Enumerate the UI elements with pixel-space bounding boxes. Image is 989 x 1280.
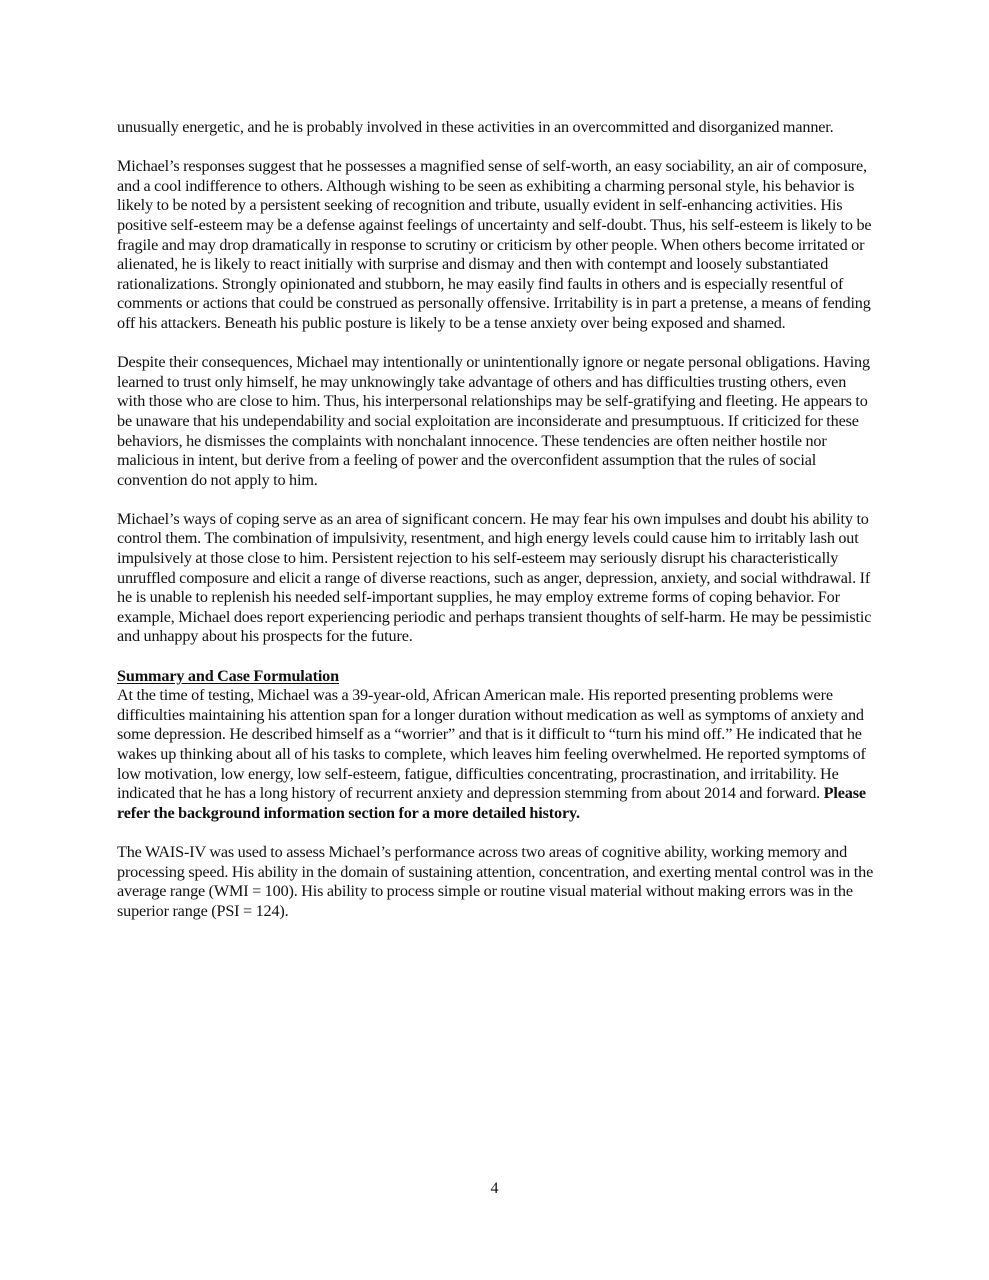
document-page: unusually energetic, and he is probably … — [117, 118, 877, 921]
page-number: 4 — [0, 1180, 989, 1198]
paragraph-coping: Michael’s ways of coping serve as an are… — [117, 510, 877, 647]
section-heading-summary: Summary and Case Formulation — [117, 667, 877, 687]
paragraph-energetic: unusually energetic, and he is probably … — [117, 118, 877, 138]
paragraph-self-worth: Michael’s responses suggest that he poss… — [117, 157, 877, 333]
paragraph-wais: The WAIS-IV was used to assess Michael’s… — [117, 843, 877, 921]
summary-section: Summary and Case Formulation At the time… — [117, 667, 877, 824]
summary-text: At the time of testing, Michael was a 39… — [117, 686, 866, 802]
paragraph-obligations: Despite their consequences, Michael may … — [117, 353, 877, 490]
paragraph-summary: At the time of testing, Michael was a 39… — [117, 686, 877, 823]
